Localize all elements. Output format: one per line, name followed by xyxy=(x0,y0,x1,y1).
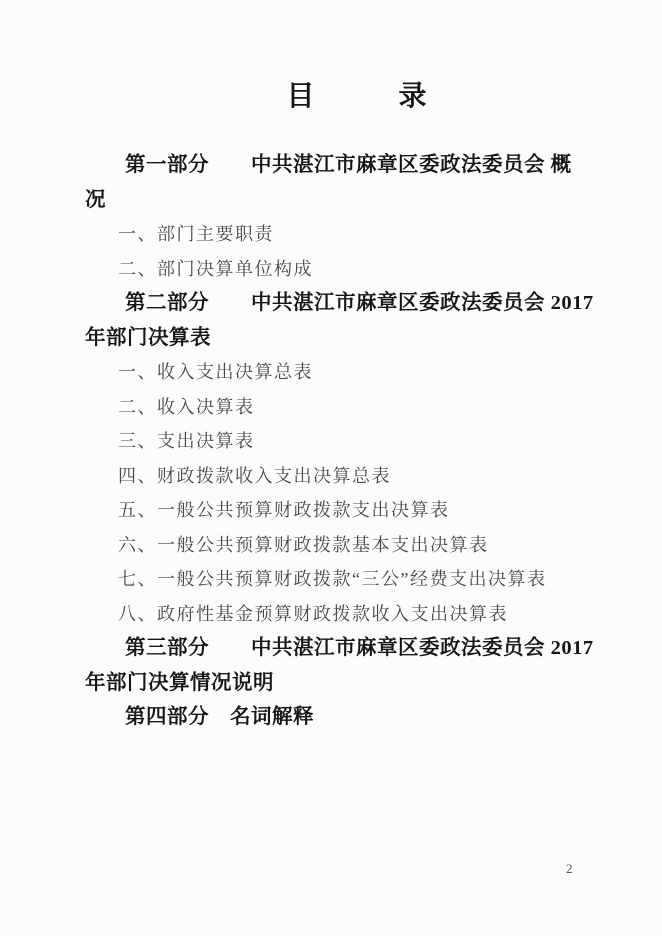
toc-item: 二、收入决算表 xyxy=(85,390,602,425)
document-page: 目 录 第一部分 中共湛江市麻章区委政法委员会 概 况 一、部门主要职责 二、部… xyxy=(0,0,662,936)
toc-section-heading: 第三部分 中共湛江市麻章区委政法委员会 2017 年部门决算情况说明 xyxy=(85,631,602,700)
toc-item: 一、部门主要职责 xyxy=(85,217,602,252)
toc-section-1: 第一部分 中共湛江市麻章区委政法委员会 概 况 一、部门主要职责 二、部门决算单… xyxy=(85,148,602,286)
toc-section-heading: 第一部分 中共湛江市麻章区委政法委员会 概 况 xyxy=(85,148,602,217)
toc-item: 八、政府性基金预算财政拨款收入支出决算表 xyxy=(85,597,602,632)
toc-item: 五、一般公共预算财政拨款支出决算表 xyxy=(85,493,602,528)
toc-item: 三、支出决算表 xyxy=(85,424,602,459)
toc-section-heading: 第二部分 中共湛江市麻章区委政法委员会 2017 年部门决算表 xyxy=(85,286,602,355)
toc-section-3: 第三部分 中共湛江市麻章区委政法委员会 2017 年部门决算情况说明 xyxy=(85,631,602,700)
page-title: 目 录 xyxy=(98,76,615,118)
toc-item: 四、财政拨款收入支出决算总表 xyxy=(85,459,602,494)
page-number: 2 xyxy=(566,861,573,877)
toc-item: 一、收入支出决算总表 xyxy=(85,355,602,390)
toc-section-2: 第二部分 中共湛江市麻章区委政法委员会 2017 年部门决算表 一、收入支出决算… xyxy=(85,286,602,631)
toc-item: 二、部门决算单位构成 xyxy=(85,252,602,287)
toc-section-heading: 第四部分 名词解释 xyxy=(85,700,602,735)
toc-item: 七、一般公共预算财政拨款“三公”经费支出决算表 xyxy=(85,562,602,597)
toc-item: 六、一般公共预算财政拨款基本支出决算表 xyxy=(85,528,602,563)
toc-section-4: 第四部分 名词解释 xyxy=(85,700,602,735)
table-of-contents: 目 录 第一部分 中共湛江市麻章区委政法委员会 概 况 一、部门主要职责 二、部… xyxy=(0,0,662,735)
